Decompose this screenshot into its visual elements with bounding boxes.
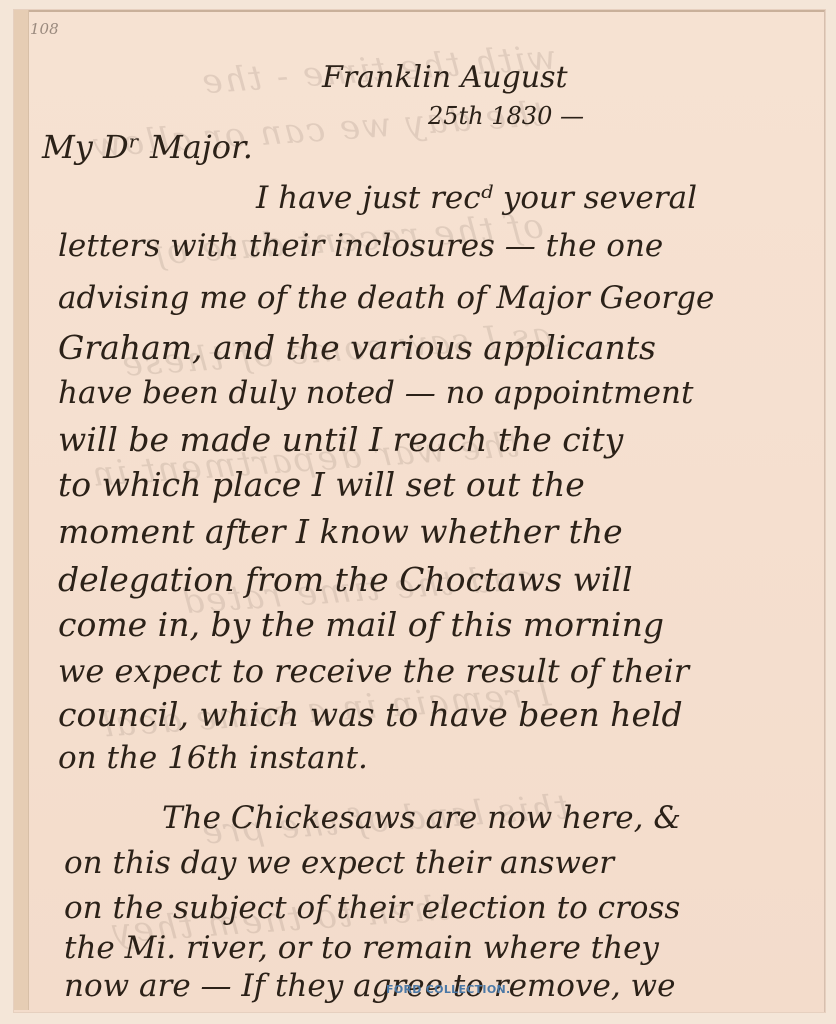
body-line: we expect to receive the result of their [58, 652, 689, 690]
body-line: delegation from the Choctaws will [58, 560, 633, 599]
body-line: I have just recᵈ your several [256, 180, 697, 216]
body-line: on the 16th instant. [58, 740, 368, 776]
body-line: come in, by the mail of this morning [58, 605, 664, 644]
body-line: council, which was to have been held [58, 695, 683, 734]
body-line: on this day we expect their answer [64, 845, 614, 881]
binding-hinge [14, 10, 29, 1010]
body-line: the Mi. river, or to remain where they [64, 930, 659, 966]
body-line: letters with their inclosures — the one [58, 228, 663, 264]
folio-number: 108 [30, 20, 59, 38]
letter-date: 25th 1830 — [428, 102, 584, 130]
body-line: to which place I will set out the [58, 465, 585, 504]
body-line: advising me of the death of Major George [58, 280, 714, 316]
body-line: now are — If they agree to remove, we [64, 968, 675, 1004]
body-line: on the subject of their election to cros… [64, 890, 680, 926]
letter-place-date: Franklin August [322, 60, 568, 95]
body-line: The Chickesaws are now here, & [162, 800, 681, 836]
salutation: My Dʳ Major. [42, 128, 253, 166]
collection-stamp: FORD COLLECTION. [386, 983, 510, 996]
body-line: will be made until I reach the city [58, 420, 623, 459]
body-line: Graham, and the various applicants [58, 328, 656, 367]
body-line: have been duly noted — no appointment [58, 375, 693, 411]
body-line: moment after I know whether the [58, 512, 623, 551]
